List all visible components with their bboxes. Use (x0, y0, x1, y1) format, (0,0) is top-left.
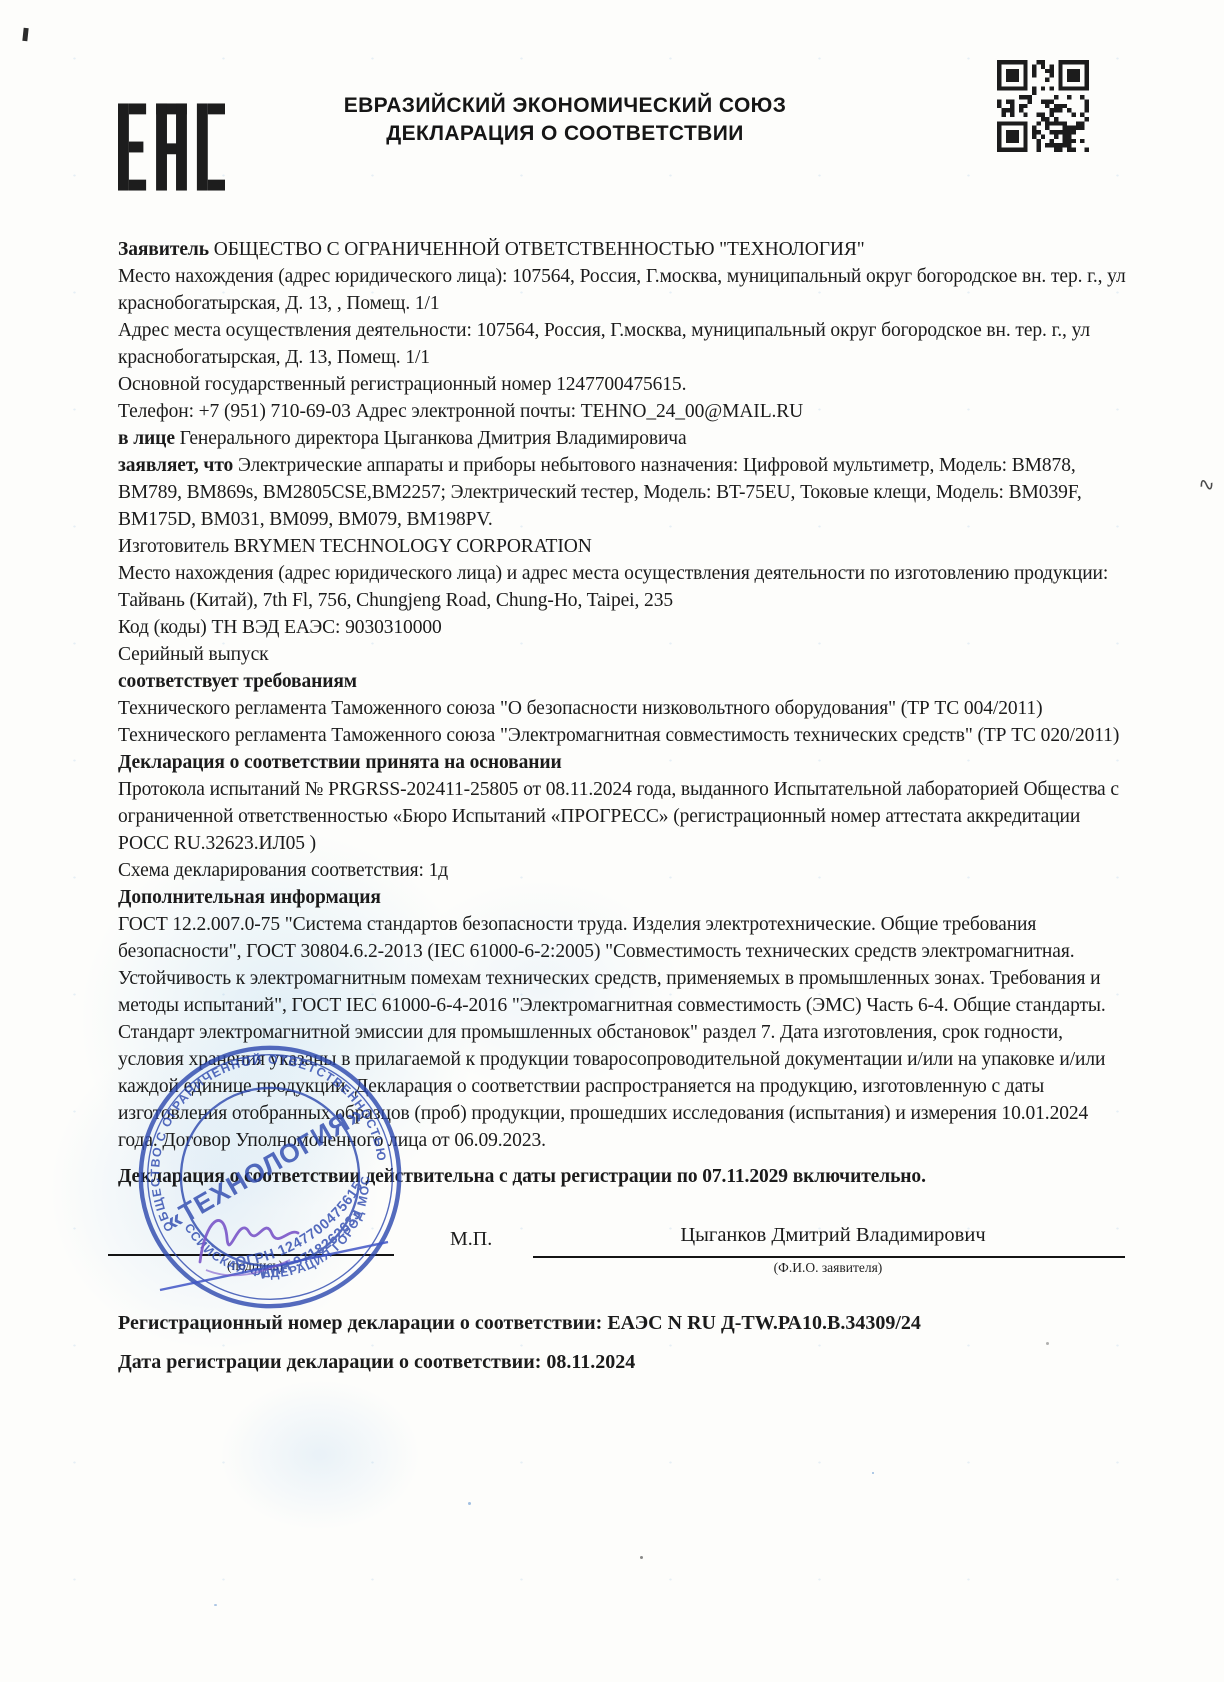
document-paragraph: Дополнительная информация (118, 884, 1126, 911)
paragraph-text: Изготовитель BRYMEN TECHNOLOGY CORPORATI… (118, 536, 592, 557)
paragraph-text: ОБЩЕСТВО С ОГРАНИЧЕННОЙ ОТВЕТСТВЕННОСТЬЮ… (209, 239, 865, 260)
paragraph-lead: Заявитель (118, 239, 209, 260)
scan-dot (640, 1556, 643, 1559)
document-paragraph: Технического регламента Таможенного союз… (118, 695, 1126, 722)
paragraph-text: Адрес места осуществления деятельности: … (118, 320, 1090, 368)
document-paragraph: Место нахождения (адрес юридического лиц… (118, 263, 1126, 317)
document-paragraph: Изготовитель BRYMEN TECHNOLOGY CORPORATI… (118, 533, 1126, 560)
document-paragraph: Основной государственный регистрационный… (118, 371, 1126, 398)
paragraph-lead: в лице (118, 428, 175, 449)
paragraph-text: Технического регламента Таможенного союз… (118, 698, 1042, 719)
paragraph-text: Место нахождения (адрес юридического лиц… (118, 266, 1126, 314)
document-paragraph: в лице Генерального директора Цыганкова … (118, 425, 1126, 452)
paragraph-text: Место нахождения (адрес юридического лиц… (118, 563, 1108, 611)
registration-number: Регистрационный номер декларации о соотв… (118, 1312, 1126, 1335)
document-title: ЕВРАЗИЙСКИЙ ЭКОНОМИЧЕСКИЙ СОЮЗ ДЕКЛАРАЦИ… (285, 92, 845, 148)
paragraph-lead: Декларация о соответствии принята на осн… (118, 752, 562, 773)
registration-date: Дата регистрации декларации о соответств… (118, 1351, 1126, 1374)
document-paragraph: Код (коды) ТН ВЭД ЕАЭС: 9030310000 (118, 614, 1126, 641)
document-paragraph: Технического регламента Таможенного союз… (118, 722, 1126, 749)
scan-artifact (22, 28, 28, 41)
declarant-name-line (533, 1256, 1125, 1258)
scan-dot (214, 1604, 217, 1606)
qr-code (997, 60, 1089, 152)
paragraph-lead: заявляет, что (118, 455, 233, 476)
paragraph-text: Электрические аппараты и приборы небытов… (118, 455, 1082, 530)
document-paragraph: Адрес места осуществления деятельности: … (118, 317, 1126, 371)
paragraph-text: Код (коды) ТН ВЭД ЕАЭС: 9030310000 (118, 617, 442, 638)
document-paragraph: Телефон: +7 (951) 710-69-03 Адрес электр… (118, 398, 1126, 425)
paragraph-text: Схема декларирования соответствия: 1д (118, 860, 448, 881)
document-paragraph: соответствует требованиям (118, 668, 1126, 695)
paragraph-text: Основной государственный регистрационный… (118, 374, 686, 395)
document-paragraph: Место нахождения (адрес юридического лиц… (118, 560, 1126, 614)
paragraph-text: Протокола испытаний № PRGRSS-202411-2580… (118, 779, 1119, 854)
scan-dot (468, 1502, 471, 1505)
scan-ink-smudge (220, 1380, 420, 1530)
paragraph-text: Телефон: +7 (951) 710-69-03 Адрес электр… (118, 401, 803, 422)
declarant-name-caption: (Ф.И.О. заявителя) (678, 1260, 978, 1276)
paragraph-lead: Дополнительная информация (118, 887, 381, 908)
document-page: ∿ ЕВРАЗИЙСКИЙ ЭКОНОМИЧЕСКИЙ СОЮЗ ДЕКЛАРА… (0, 0, 1224, 1682)
declarant-name: Цыганков Дмитрий Владимирович (543, 1224, 1123, 1247)
document-title-line1: ЕВРАЗИЙСКИЙ ЭКОНОМИЧЕСКИЙ СОЮЗ (285, 92, 845, 120)
document-title-line2: ДЕКЛАРАЦИЯ О СООТВЕТСТВИИ (285, 120, 845, 148)
document-paragraph: Декларация о соответствии принята на осн… (118, 749, 1126, 776)
document-paragraph: Протокола испытаний № PRGRSS-202411-2580… (118, 776, 1126, 857)
paragraph-lead: соответствует требованиям (118, 671, 357, 692)
paragraph-text: Генерального директора Цыганкова Дмитрия… (175, 428, 687, 449)
document-paragraph: заявляет, что Электрические аппараты и п… (118, 452, 1126, 533)
paragraph-text: Серийный выпуск (118, 644, 269, 665)
document-paragraph: Заявитель ОБЩЕСТВО С ОГРАНИЧЕННОЙ ОТВЕТС… (118, 236, 1126, 263)
document-paragraph: Схема декларирования соответствия: 1д (118, 857, 1126, 884)
document-paragraph: Серийный выпуск (118, 641, 1126, 668)
eac-logo (118, 99, 225, 195)
scan-artifact: ∿ (1196, 471, 1217, 498)
stamp-place-label: М.П. (450, 1228, 492, 1251)
scan-dot (872, 1472, 874, 1474)
paragraph-text: Технического регламента Таможенного союз… (118, 725, 1119, 746)
handwritten-signature (148, 1188, 400, 1310)
